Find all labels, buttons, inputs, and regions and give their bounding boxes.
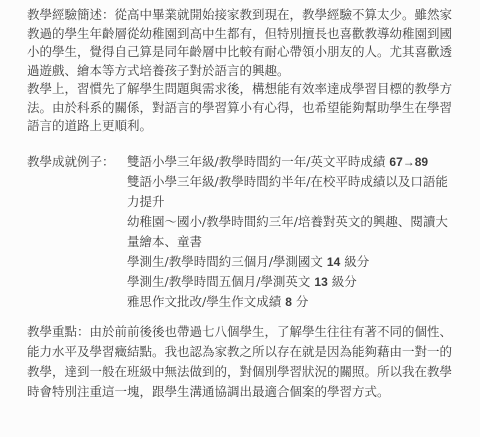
achievement-item: 學測生/教學時間約三個月/學測國文 14 級分 [127, 252, 456, 272]
achievement-item: 幼稚園～國小/教學時間約三年/培養對英文的興趣、閱讀大量繪本、童書 [127, 212, 456, 252]
achievement-score: 67→89 [389, 155, 428, 169]
intro-section: 教學經驗簡述：從高中畢業就開始接家教到現在，教學經驗不算太少。雖然家教過的學生年… [27, 6, 456, 136]
achievement-text: 學測生/教學時間約三個月/學測國文 [127, 254, 327, 269]
achievement-score: 13 [314, 275, 327, 289]
achievement-text: 學測生/教學時間五個月/學測英文 [127, 274, 314, 289]
approach-paragraph: 教學上，習慣先了解學生問題與需求後，構想能有效率達成學習目標的教學方法。由於科系… [27, 80, 456, 136]
achievement-item: 雙語小學三年級/教學時間約一年/英文平時成績 67→89 [127, 152, 456, 172]
achievement-item: 學測生/教學時間五個月/學測英文 13 級分 [127, 272, 456, 292]
achievement-text: 雙語小學三年級/教學時間約一年/英文平時成績 [127, 154, 389, 169]
achievement-text: 雅思作文批改/學生作文成績 [127, 294, 285, 309]
document-page: 教學經驗簡述：從高中畢業就開始接家教到現在，教學經驗不算太少。雖然家教過的學生年… [27, 6, 456, 402]
achievements-section: 教學成就例子： 雙語小學三年級/教學時間約一年/英文平時成績 67→89 雙語小… [27, 152, 456, 312]
achievement-text: 雙語小學三年級/教學時間約半年/在校平時成績以及口語能力提升 [127, 174, 448, 209]
achievement-text: 幼稚園～國小/教學時間約三年/培養對英文的興趣、閱讀大量繪本、童書 [127, 214, 448, 249]
achievement-text-suffix: 級分 [340, 254, 369, 269]
achievement-score: 8 [285, 295, 292, 309]
achievement-text-suffix: 分 [292, 294, 308, 309]
focus-paragraph: 教學重點：由於前前後後也帶過七八個學生，了解學生往往有著不同的個性、能力水平及學… [27, 322, 456, 402]
experience-paragraph: 教學經驗簡述：從高中畢業就開始接家教到現在，教學經驗不算太少。雖然家教過的學生年… [27, 6, 456, 80]
achievements-label: 教學成就例子： [27, 152, 127, 172]
achievement-item: 雙語小學三年級/教學時間約半年/在校平時成績以及口語能力提升 [127, 172, 456, 212]
achievement-item: 雅思作文批改/學生作文成績 8 分 [127, 292, 456, 312]
achievements-list: 雙語小學三年級/教學時間約一年/英文平時成績 67→89 雙語小學三年級/教學時… [127, 152, 456, 312]
achievement-text-suffix: 級分 [328, 274, 357, 289]
achievement-score: 14 [327, 255, 340, 269]
